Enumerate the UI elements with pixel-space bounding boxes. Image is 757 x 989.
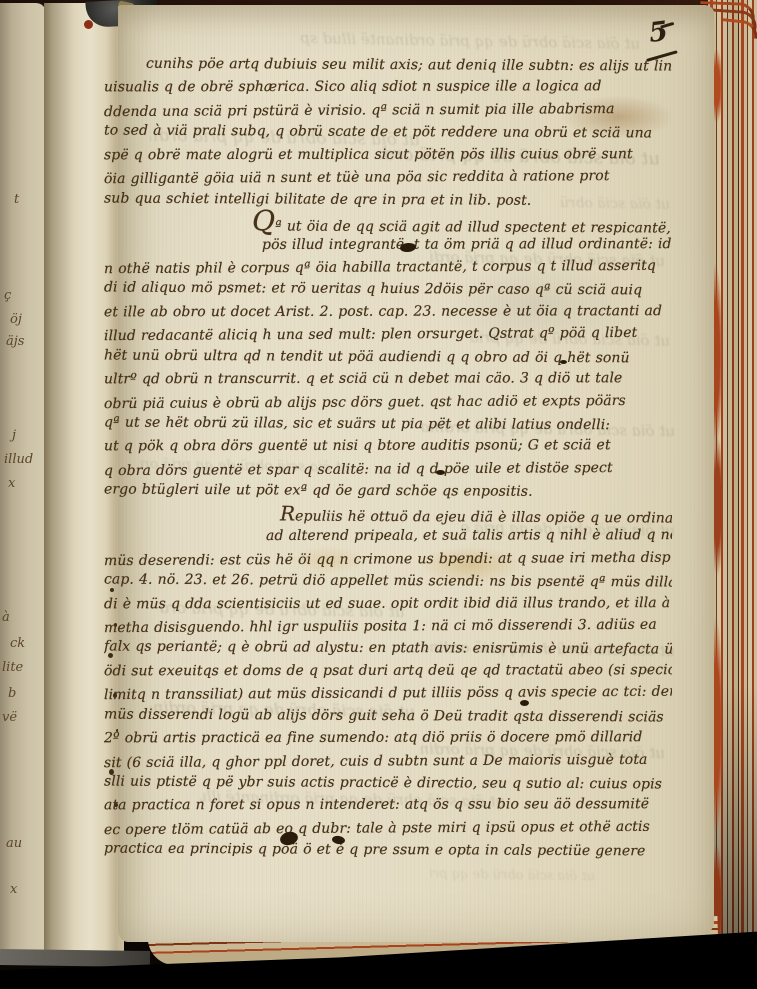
manuscript-line: spë q obrë mate alogrü et multiplica sic…	[104, 143, 672, 167]
manuscript-line: ultrº qd obrü n transcurrit. q et sciä c…	[104, 367, 672, 391]
folio-underline	[646, 50, 678, 62]
manuscript-line: cap. 4. nö. 23. et 26. petrü diö appelle…	[104, 569, 672, 594]
folio-number: 5	[643, 16, 688, 65]
manuscript-line: falx qs periantë; q è obrü ad alystu: en…	[104, 636, 672, 661]
manuscript-line: di è müs q dda scientisiciis ut ed suae.…	[104, 592, 672, 616]
manuscript-line: practica ea principis q pöä ö et è q pre…	[104, 838, 672, 863]
book-board-edge	[0, 949, 150, 967]
manuscript-line: uisualis q de obrë sphærica. Sico aliq s…	[104, 76, 672, 100]
manuscript-line: et ille ab obro ut docet Arist. 2. post.…	[104, 300, 672, 324]
folio-number-text: 5	[647, 16, 669, 49]
paragraph-2: Qª ut öia de qq sciä agit ad illud spect…	[104, 211, 672, 503]
manuscript-line: ergo btügleri uile ut pöt exª qd öe gard…	[104, 479, 672, 504]
manuscript-line: 2º obrü artis practicä ea fine sumendo: …	[104, 726, 672, 750]
facing-page-edge	[0, 3, 46, 965]
manuscript-line: pös illud integrantë, t ta öm priä q ad …	[104, 233, 672, 257]
ink-blot	[560, 360, 567, 364]
manuscript-line: di id aliquo mö psmet: et rö ueritas q h…	[104, 277, 672, 302]
manuscript-line: sub qua schiet intelligi bilitate de qre…	[104, 187, 672, 212]
ink-blot	[436, 470, 445, 475]
manuscript-line: ad alterend pripeala, et suä talis artis…	[104, 524, 672, 548]
manuscript-line: to sed à viä prali subq, q obrü scate de…	[104, 120, 672, 145]
manuscript-line: ut q pök q obra dörs guentë ut nisi q bt…	[104, 435, 672, 459]
manuscript-line: ödi sut exeuitqs et doms de q psat duri …	[104, 659, 672, 683]
paragraph-1: cunihs pöe artq dubiuis seu milit axis; …	[104, 54, 672, 211]
manuscript-line: limitq n transsiliat) aut müs dissicandi…	[104, 681, 672, 707]
manuscript-line: qª ut se hët obrü zü illas, sic et suärs…	[104, 412, 672, 437]
manuscript-photo: tçöjäjsjilludxàcklitebvëaux ut öia sciä …	[0, 0, 757, 989]
headband-red-thread	[84, 20, 93, 29]
manuscript-line: hët unü obrü ultra qd n tendit ut pöä au…	[104, 344, 672, 369]
manuscript-line: ata practica n foret si opus n intendere…	[104, 794, 672, 818]
manuscript-text: cunihs pöe artq dubiuis seu milit axis; …	[104, 54, 672, 869]
paragraph-3: Repuliis hë ottuö da ejeu diä è illas op…	[104, 503, 672, 862]
manuscript-line: müs disserendi logü ab alijs dörs guit s…	[104, 703, 672, 728]
manuscript-line: Repuliis hë ottuö da ejeu diä è illas op…	[104, 501, 672, 526]
manuscript-line: öia gilligantë göia uiä n sunt et tüè un…	[104, 165, 672, 191]
manuscript-line: Qª ut öia de qq sciä agit ad illud spect…	[104, 210, 672, 235]
manuscript-line: slli uis ptistë q pë ybr suis actis prac…	[104, 771, 672, 796]
manuscript-line: illud redacantë aliciq h una sed mult: p…	[104, 322, 672, 348]
ink-blot	[520, 700, 529, 706]
